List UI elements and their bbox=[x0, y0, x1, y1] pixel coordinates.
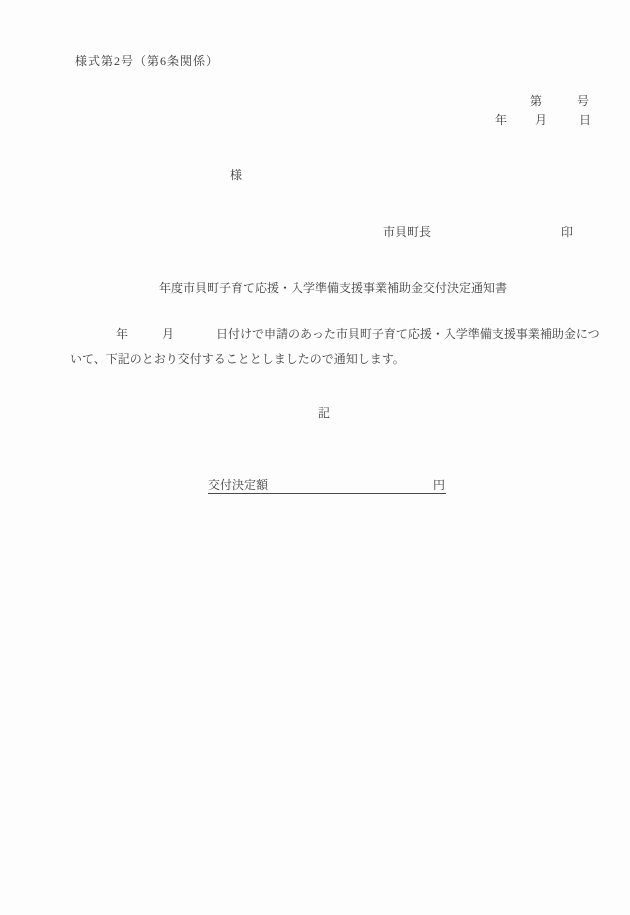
body-line1-year: 年 bbox=[116, 327, 128, 341]
grant-amount-label: 交付決定額 bbox=[208, 478, 268, 492]
doc-number-prefix: 第 bbox=[530, 94, 542, 108]
body-line2-text: いて、下記のとおり交付することとしましたので通知します。 bbox=[70, 352, 405, 366]
grant-amount-unit: 円 bbox=[433, 478, 445, 492]
date-day-label: 日 bbox=[579, 113, 591, 127]
form-number-label: 様式第2号（第6条関係） bbox=[75, 54, 219, 68]
body-line1-text: 日付けで申請のあった市貝町子育て応援・入学準備支援事業補助金につ bbox=[216, 327, 600, 341]
addressee-honorific: 様 bbox=[230, 168, 242, 182]
document-title: 年度市貝町子育て応援・入学準備支援事業補助金交付決定通知書 bbox=[159, 281, 507, 295]
date-year-label: 年 bbox=[495, 113, 507, 127]
seal-mark: 印 bbox=[561, 225, 573, 239]
section-marker: 記 bbox=[318, 406, 330, 420]
document-page: 様式第2号（第6条関係） 第 号 年 月 日 様 市貝町長 印 年度市貝町子育て… bbox=[0, 0, 630, 915]
body-line1-month: 月 bbox=[162, 327, 174, 341]
date-month-label: 月 bbox=[535, 113, 547, 127]
doc-number-suffix: 号 bbox=[577, 94, 589, 108]
grant-amount-field: 交付決定額 円 bbox=[208, 478, 446, 494]
sender-title-label: 市貝町長 bbox=[383, 225, 431, 239]
